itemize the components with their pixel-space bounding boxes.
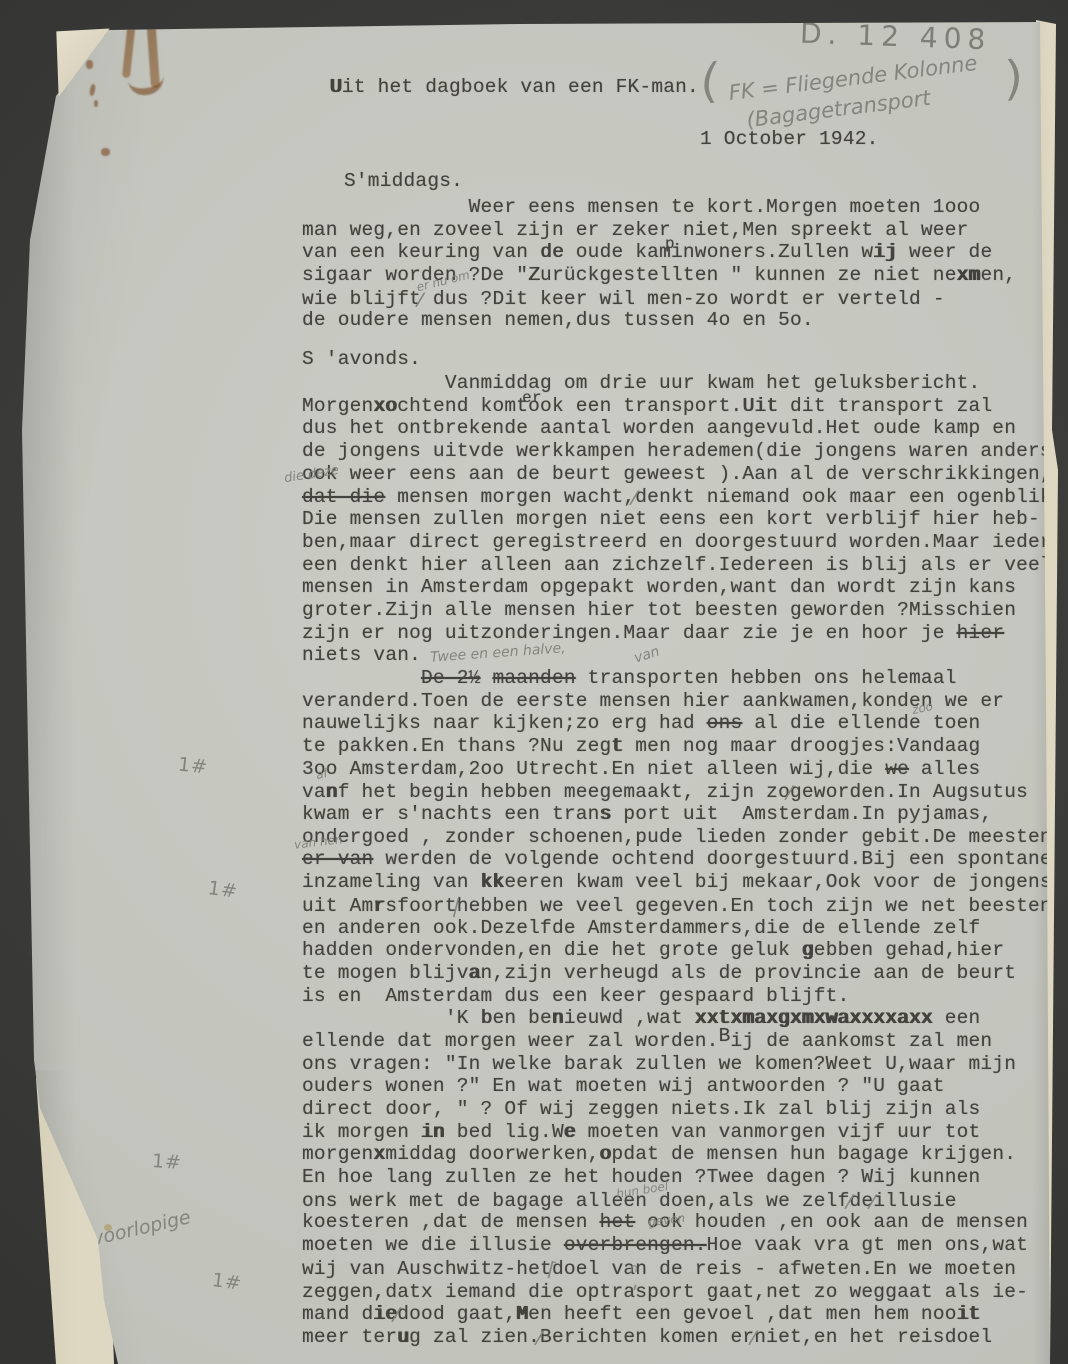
archive-number-annotation: D. 12 408: [799, 17, 991, 57]
typed-line: ouders wonen ?" En wat moeten wij antwoo…: [302, 1075, 1052, 1098]
typed-line: mensen in Amsterdam opgepakt worden,want…: [302, 576, 1052, 599]
typed-line: van een keuring van de oude kampinwoners…: [302, 241, 1016, 264]
margin-tally-mark: 1#: [211, 1269, 244, 1295]
typed-line: uit Amrsfoort|hebben we veel gegeven.En …: [302, 894, 1052, 917]
typed-line: meer terug zal zien./Berichten komen er/…: [302, 1325, 1052, 1348]
typed-line: zijn er nog uitzonderingen.Maar daar zie…: [302, 622, 1052, 645]
typed-date: 1 October 1942.: [700, 128, 879, 151]
typed-line: een denkt hier alleen aan zichzelf.Ieder…: [302, 554, 1052, 577]
typed-line: En hoe lang zullen ze het houden ?Twee d…: [302, 1166, 1052, 1189]
section-label-avonds: S 'avonds.: [302, 348, 421, 371]
typed-line: De 2½ maanden transporten hebben ons hel…: [302, 667, 1052, 690]
margin-tally-mark: 1#: [177, 753, 209, 778]
typed-line: te pakken.En thans ?Nu zegt men nog maar…: [302, 735, 1052, 758]
fk-annotation-paren-close: ): [1001, 49, 1030, 106]
typed-line: ons vragen: "In welke barak zullen we ko…: [302, 1053, 1052, 1076]
typed-paragraph-avonds: Vanmiddag om drie uur kwam het geluksber…: [302, 372, 1052, 1348]
typed-title: Uit het dagboek van een FK-man.: [330, 76, 699, 99]
typed-line: ben,maar direct geregistreerd en doorges…: [302, 531, 1052, 554]
typed-line: sigaar worden ?De "Zurückgestellten " ku…: [302, 264, 1016, 287]
typed-line: te mogen blijvan,zijn verheugd als de pr…: [302, 962, 1052, 985]
section-label-middags: S'middags.: [344, 170, 463, 193]
typed-line: niets van.: [302, 644, 1052, 667]
scanned-document-photo: Uit het dagboek van een FK-man. 1 Octobe…: [0, 0, 1068, 1364]
typed-line: veranderd.Toen de eerste mensen hier aan…: [302, 690, 1052, 713]
typed-line: Die mensen zullen morgen niet eens een k…: [302, 508, 1052, 531]
typed-line: morgenxmiddag doorwerken,opdat de mensen…: [302, 1143, 1052, 1166]
rust-speck: [86, 60, 93, 69]
typed-line: de jongens uitvde werkkampen herademen(d…: [302, 440, 1052, 463]
margin-tally-mark: 1#: [207, 877, 240, 903]
typed-line: ook weer eens aan de beurt geweest ).Aan…: [302, 463, 1052, 486]
handwritten-note-n-insert: n: [629, 1261, 638, 1276]
typed-line: ons werk met de bagage alleen doen,als w…: [302, 1189, 1052, 1212]
typed-line: kwam er s'nachts een trans port uit Amst…: [302, 803, 1052, 826]
rust-speck: [94, 100, 98, 107]
typed-line: ellende dat morgen weer zal worden.Bij d…: [302, 1030, 1052, 1053]
typed-line: wie blijft/ dus ?Dit keer wil men-zo wor…: [302, 287, 1016, 310]
rust-speck: [89, 84, 96, 97]
typed-line: er van werden de volgende ochtend doorge…: [302, 848, 1052, 871]
margin-tally-mark: 1#: [151, 1150, 182, 1174]
typed-line: dat die mensen morgen wacht,/denkt niema…: [302, 485, 1052, 508]
typed-line: 3oo Amsterdam,2oo Utrecht.En niet alleen…: [302, 758, 1052, 781]
typed-line: Vanmiddag om drie uur kwam het geluksber…: [302, 372, 1052, 395]
typed-paragraph-middags: Weer eens mensen te kort.Morgen moeten 1…: [302, 196, 1016, 332]
rust-stain: [127, 64, 166, 97]
typed-line: Weer eens mensen te kort.Morgen moeten 1…: [302, 196, 1016, 219]
typed-line: mand die/dood gaat,Men heeft een gevoel …: [302, 1302, 1052, 1325]
typed-line: Uit het dagboek van een FK-man.: [330, 76, 699, 99]
typed-line: inzameling van kkeeren kwam veel bij mek…: [302, 871, 1052, 894]
typed-line: de oudere mensen nemen,dus tussen 4o en …: [302, 309, 1016, 332]
typed-line: direct door, " ? Of wij zeggen niets.Ik …: [302, 1098, 1052, 1121]
typed-line: nauwelijks naar kijken;zo erg had ons al…: [302, 712, 1052, 735]
typed-line: ik morgen in bed lig.We moeten van vanmo…: [302, 1121, 1052, 1144]
handwritten-note-af: af: [315, 766, 329, 782]
typed-line: man weg,en zoveel zijn er zeker niet,Men…: [302, 219, 1016, 242]
rust-speck: [101, 148, 110, 156]
typed-line: wij van Auschwitz-het⌈doel van de reis -…: [302, 1257, 1052, 1280]
typed-line: dus het ontbrekende aantal worden aangev…: [302, 417, 1052, 440]
fk-annotation-paren-open: (: [696, 53, 721, 109]
typed-line: zeggen,datx iemand die optra'sport gaat,…: [302, 1280, 1052, 1303]
typed-line: hadden ondervonden,en die het grote gelu…: [302, 939, 1052, 962]
document-page: Uit het dagboek van een FK-man. 1 Octobe…: [0, 0, 1068, 1364]
typed-line: en anderen ook.Dezelfde Amsterdammers,di…: [302, 917, 1052, 940]
typed-line: Morgenxochtend komterook een transport.U…: [302, 395, 1052, 418]
typed-line: vanf het begin hebben meegemaakt, zijn z…: [302, 780, 1052, 803]
typed-line: groter.Zijn alle mensen hier tot beesten…: [302, 599, 1052, 622]
typed-line: 'K ben benieuwd ,wat xxtxmaxgxmxwaxxxxax…: [302, 1007, 1052, 1030]
typed-line: ondergoed , zonder schoenen,pude lieden …: [302, 826, 1052, 849]
typed-line: is en Amsterdam dus een keer gespaard bl…: [302, 985, 1052, 1008]
typed-line: moeten we die illusie overbrengen.Hoe va…: [302, 1234, 1052, 1257]
